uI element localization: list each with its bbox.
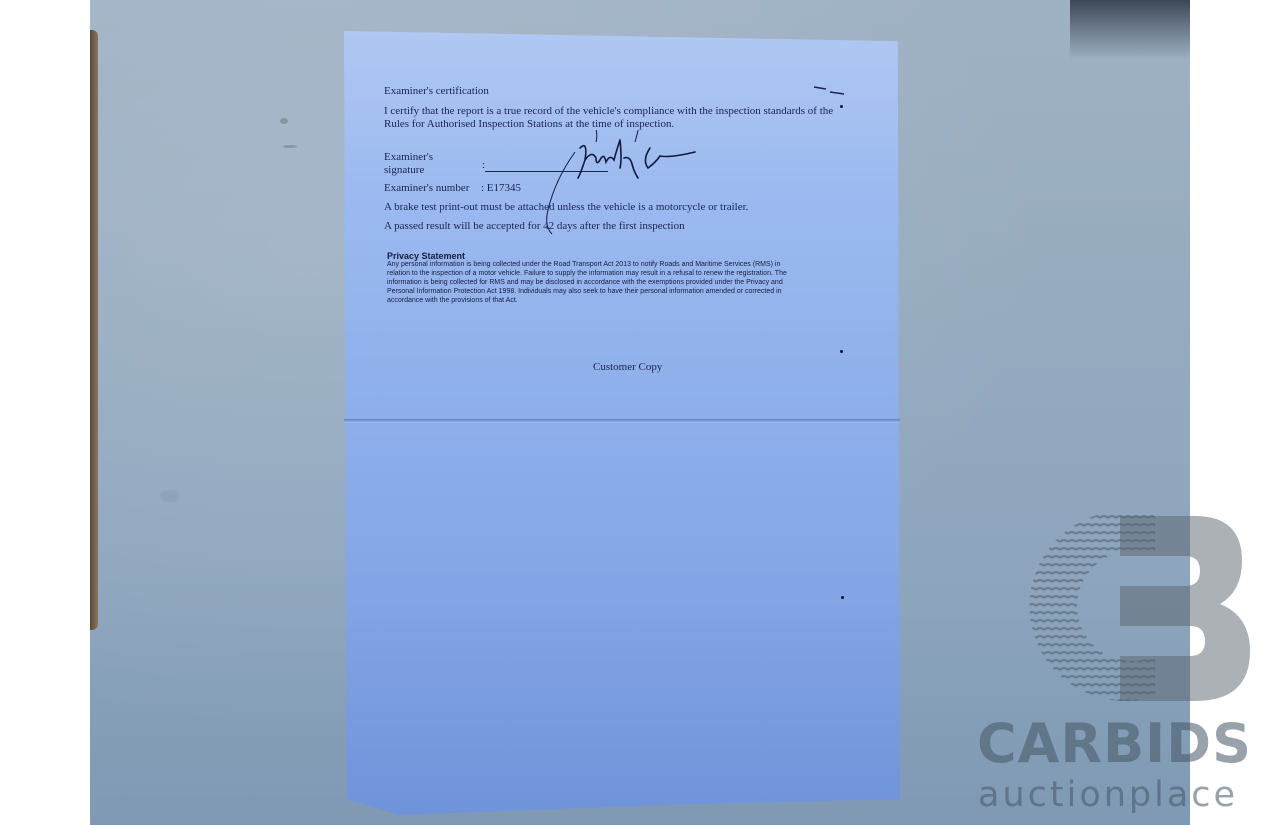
privacy-line: accordance with the provisions of that A… (387, 297, 518, 305)
customer-copy-label: Customer Copy (593, 361, 662, 374)
paper-fold-crease (344, 419, 900, 423)
signature-label-line1: Examiner's (384, 151, 433, 164)
punch-dot (840, 105, 843, 108)
shadow-corner (1070, 0, 1190, 60)
punch-dot (840, 350, 843, 353)
privacy-line: information is being collected for RMS a… (387, 279, 783, 287)
watermark-tagline: auctionplace (978, 775, 1238, 815)
pen-mark (812, 84, 848, 98)
certification-text-line2: Rules for Authorised Inspection Stations… (384, 118, 674, 131)
privacy-line: relation to the inspection of a motor ve… (387, 270, 787, 278)
privacy-line: Any personal information is being collec… (387, 261, 780, 269)
watermark-brand: CARBIDS (977, 712, 1252, 775)
signature-colon: : (482, 159, 485, 172)
smudge (280, 118, 288, 124)
punch-dot (841, 596, 844, 599)
examiner-number-label: Examiner's number (384, 182, 469, 195)
carbids-logo-icon (980, 506, 1255, 706)
smudge (160, 490, 180, 502)
wooden-edge (90, 30, 98, 630)
passed-result-note: A passed result will be accepted for 42 … (384, 220, 685, 233)
certification-heading: Examiner's certification (384, 85, 489, 98)
smudge (283, 145, 297, 148)
privacy-line: Personal Information Protection Act 1998… (387, 288, 782, 296)
signature-label-line2: signature (384, 164, 424, 177)
brake-test-note: A brake test print-out must be attached … (384, 201, 748, 214)
examiner-number-value: : E17345 (481, 182, 521, 195)
certification-text-line1: I certify that the report is a true reco… (384, 105, 833, 118)
